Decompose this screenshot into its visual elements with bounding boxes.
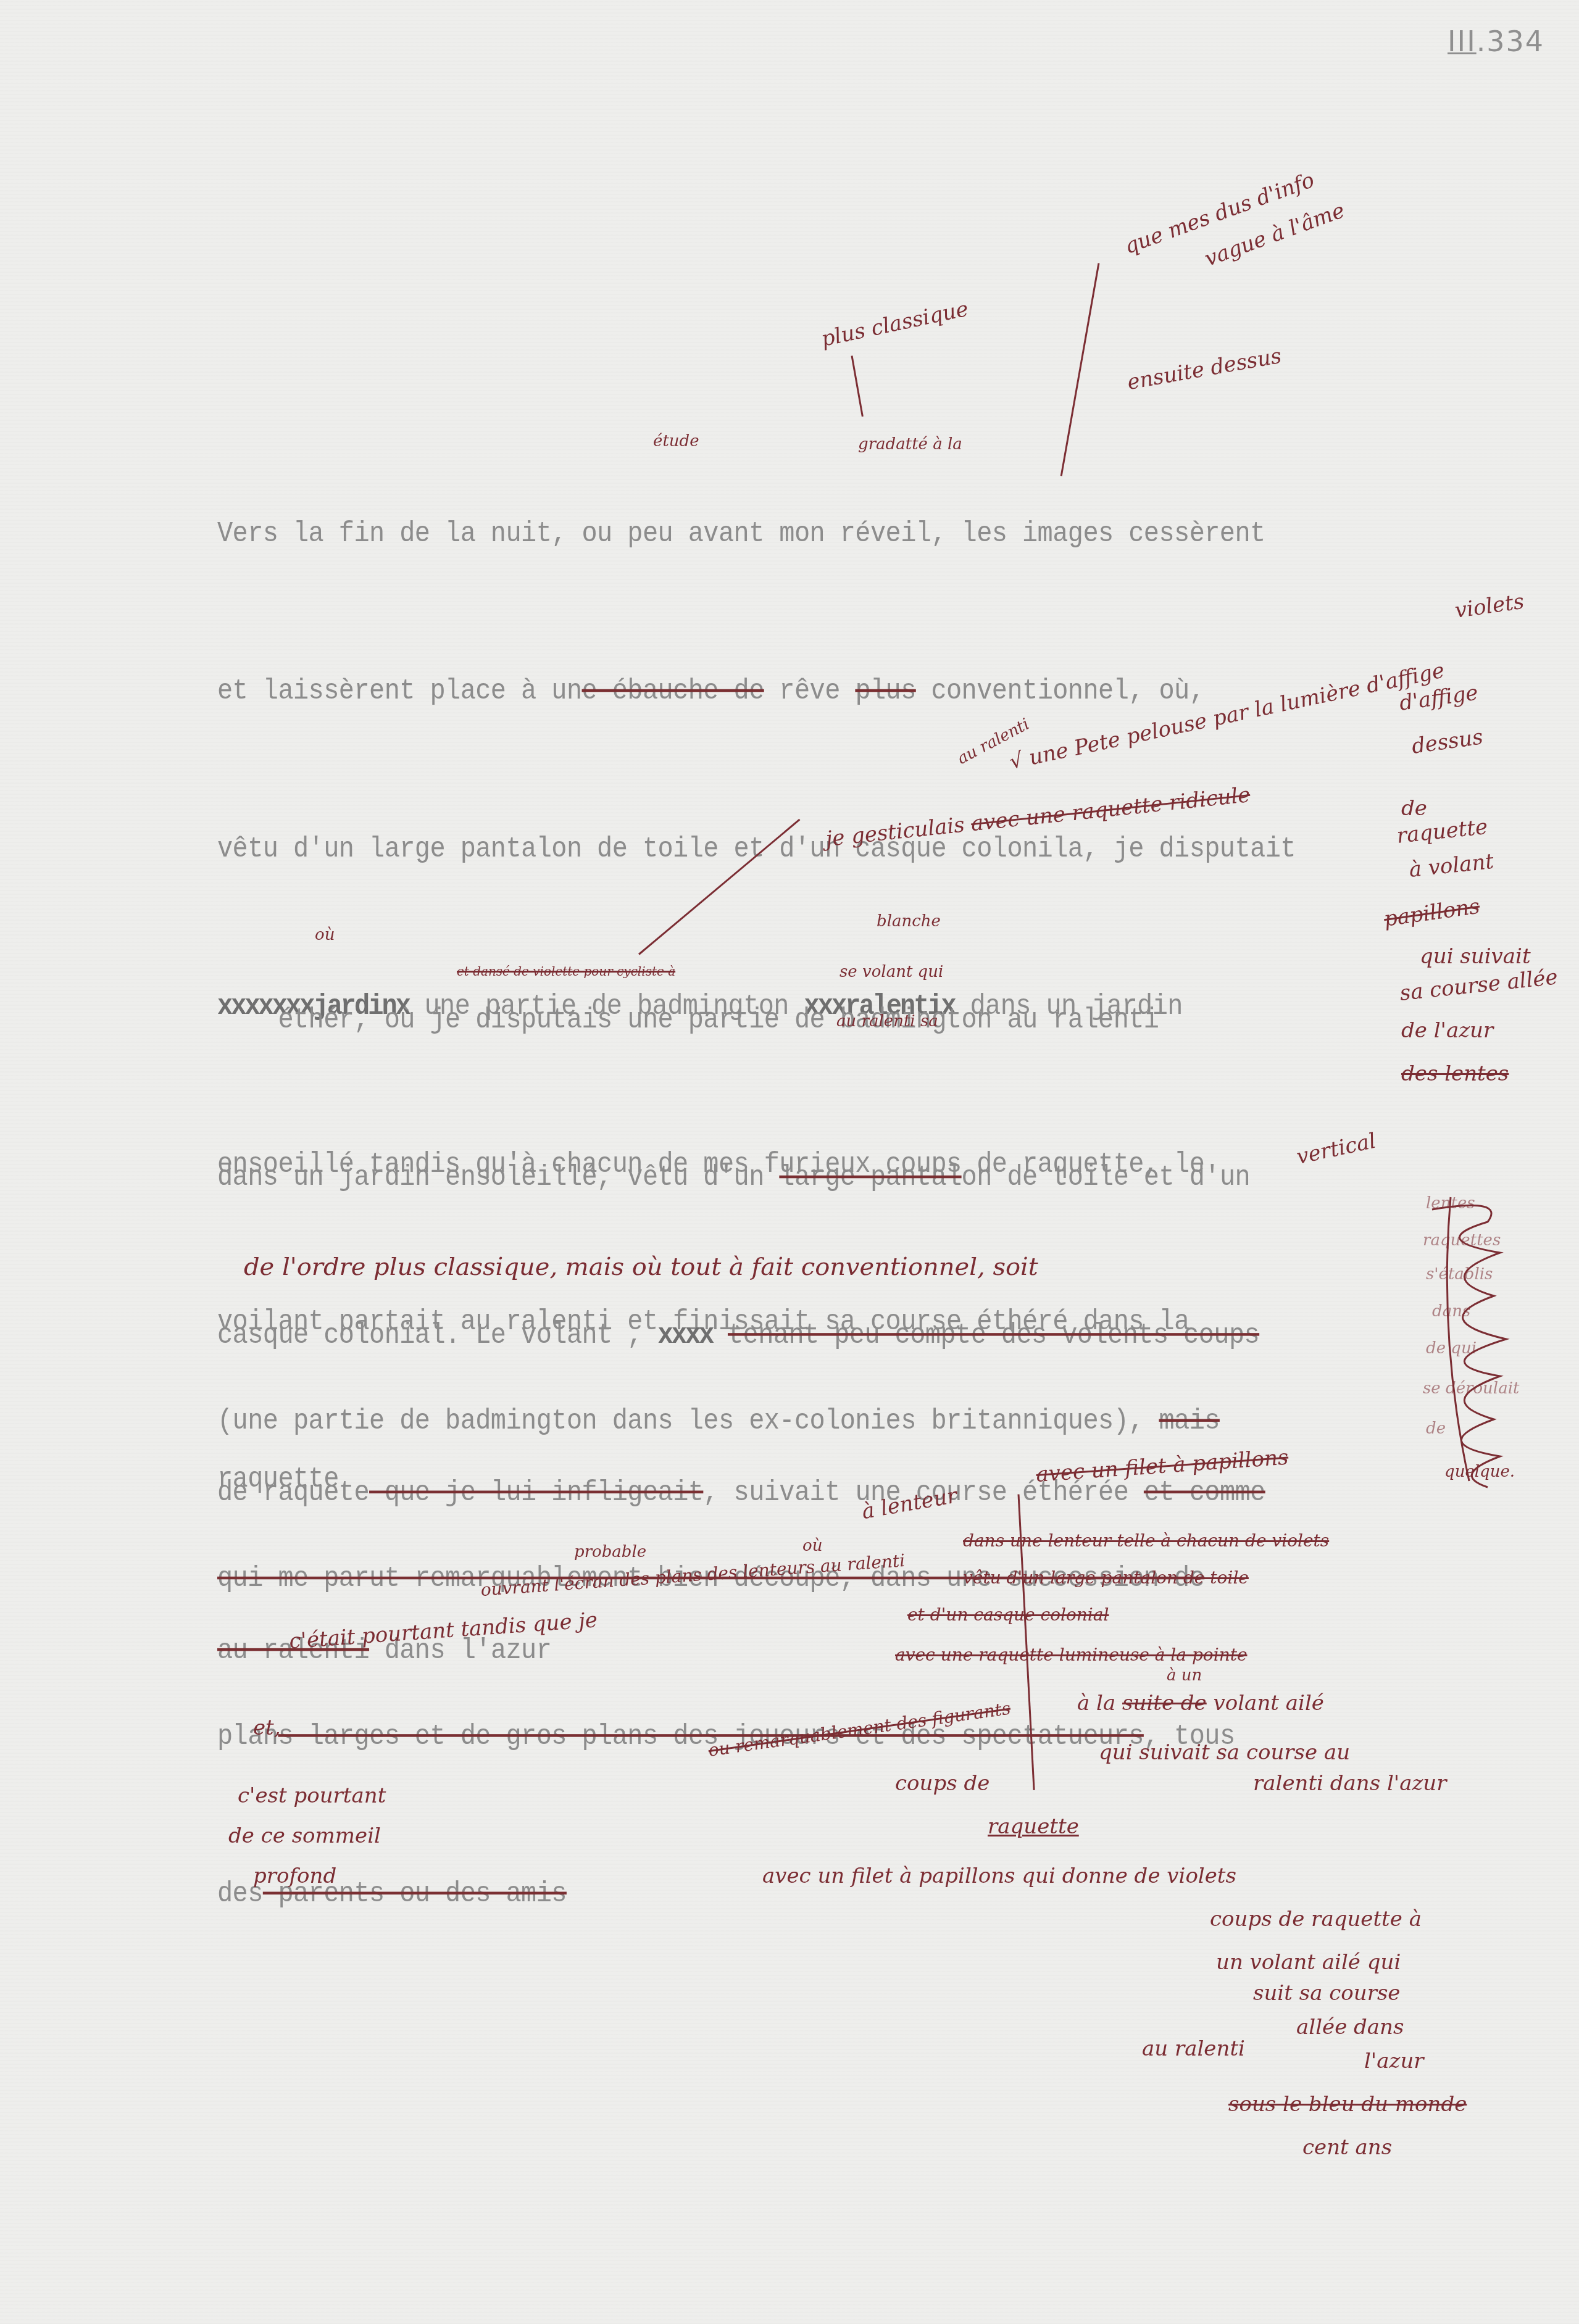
- margin-note: de ce sommeil: [228, 1824, 381, 1848]
- scribbled-word: raquettes: [1423, 1231, 1501, 1250]
- margin-note: ensuite dessus: [1125, 344, 1283, 395]
- margin-note: c'est pourtant: [238, 1783, 386, 1808]
- margin-note: et,: [253, 1716, 281, 1740]
- struck-note: vêtu d'un large pantalon de toile: [963, 1567, 1249, 1588]
- margin-note: l'azur: [1364, 2049, 1424, 2073]
- margin-note: suit sa course: [1253, 1981, 1400, 2006]
- scribbled-word: quelque.: [1444, 1463, 1515, 1481]
- typed-line: et laissèrent place à une ébauche de rêv…: [217, 665, 1296, 718]
- interlinear-note: où: [802, 1537, 822, 1555]
- interlinear-note: blanche: [877, 912, 941, 931]
- typed-line: éthér, où je disputais une partie de bad…: [217, 994, 1265, 1046]
- margin-note: au ralenti: [1142, 2036, 1245, 2061]
- interlinear-note: gradatté à la: [858, 435, 962, 454]
- struck-note: sous le bleu du monde: [1228, 2092, 1467, 2117]
- interlinear-note: se volant qui: [839, 963, 943, 981]
- margin-note: vertical: [1294, 1129, 1378, 1169]
- struck-note: avec une raquette lumineuse à la pointe: [895, 1645, 1248, 1665]
- margin-note: dessus: [1410, 724, 1485, 759]
- margin-note: cent ans: [1302, 2135, 1392, 2160]
- typed-line: (une partie de badmington dans les ex-co…: [217, 1395, 1235, 1447]
- scribbled-word: de qui: [1426, 1339, 1477, 1358]
- scribbled-word: de: [1426, 1419, 1446, 1438]
- scribbled-word: lentes: [1426, 1194, 1475, 1213]
- margin-note: coups de: [895, 1771, 989, 1796]
- interlinear-note: étude: [653, 432, 699, 450]
- margin-note: un volant ailé qui: [1216, 1950, 1401, 1975]
- margin-note: de l'azur: [1401, 1018, 1493, 1043]
- scribbled-word: s'établis: [1426, 1265, 1493, 1284]
- struck-note: et d'un casque colonial: [907, 1604, 1109, 1625]
- interlinear-note: à un: [1167, 1666, 1202, 1685]
- manuscript-page: III.334 Vers la fin de la nuit, ou peu a…: [0, 0, 1579, 2324]
- scribbled-word: dans: [1432, 1302, 1470, 1321]
- margin-note: qui suivait: [1420, 944, 1531, 969]
- margin-note: qui suivait sa course au: [1099, 1740, 1350, 1765]
- margin-note: violets: [1453, 589, 1525, 623]
- margin-note: plus classique: [819, 296, 971, 352]
- interlinear-note: et dansé de violette pour cycliste à: [457, 964, 675, 979]
- margin-note: à volant: [1408, 849, 1495, 882]
- folio-page: 334: [1486, 25, 1544, 58]
- margin-note: sa course allée: [1399, 965, 1559, 1006]
- margin-note: à la suite de volant ailé: [1077, 1691, 1324, 1716]
- margin-note: coups de raquette à: [1210, 1907, 1422, 1932]
- margin-note: raquette: [988, 1814, 1079, 1839]
- folio-number: III.334: [1448, 25, 1544, 58]
- folio-roman: III: [1448, 25, 1477, 58]
- margin-note: avec un filet à papillons qui donne de v…: [762, 1864, 1236, 1888]
- interlinear-note: où: [315, 926, 335, 944]
- typed-line: dans un jardin ensoleillé, vêtu d'un lar…: [217, 1152, 1265, 1204]
- struck-margin-note: papillons: [1382, 894, 1481, 932]
- margin-note: profond: [253, 1864, 336, 1888]
- interlinear-note: au ralenti sa: [836, 1012, 938, 1031]
- typed-line: vêtu d'un large pantalon de toile et d'u…: [217, 823, 1296, 875]
- struck-note: dans une lenteur telle à chacun de viole…: [963, 1530, 1329, 1551]
- margin-note: allée dans: [1296, 2015, 1404, 2040]
- interlinear-note: de l'ordre plus classique, mais où tout …: [244, 1253, 1038, 1281]
- margin-note: ralenti dans l'azur: [1253, 1771, 1447, 1796]
- struck-margin-note: des lentes: [1401, 1061, 1509, 1086]
- scribbled-word: se déroulait: [1423, 1379, 1519, 1398]
- typed-line: Vers la fin de la nuit, ou peu avant mon…: [217, 507, 1296, 560]
- interlinear-note: probable: [574, 1543, 646, 1561]
- margin-note: de: [1401, 796, 1427, 821]
